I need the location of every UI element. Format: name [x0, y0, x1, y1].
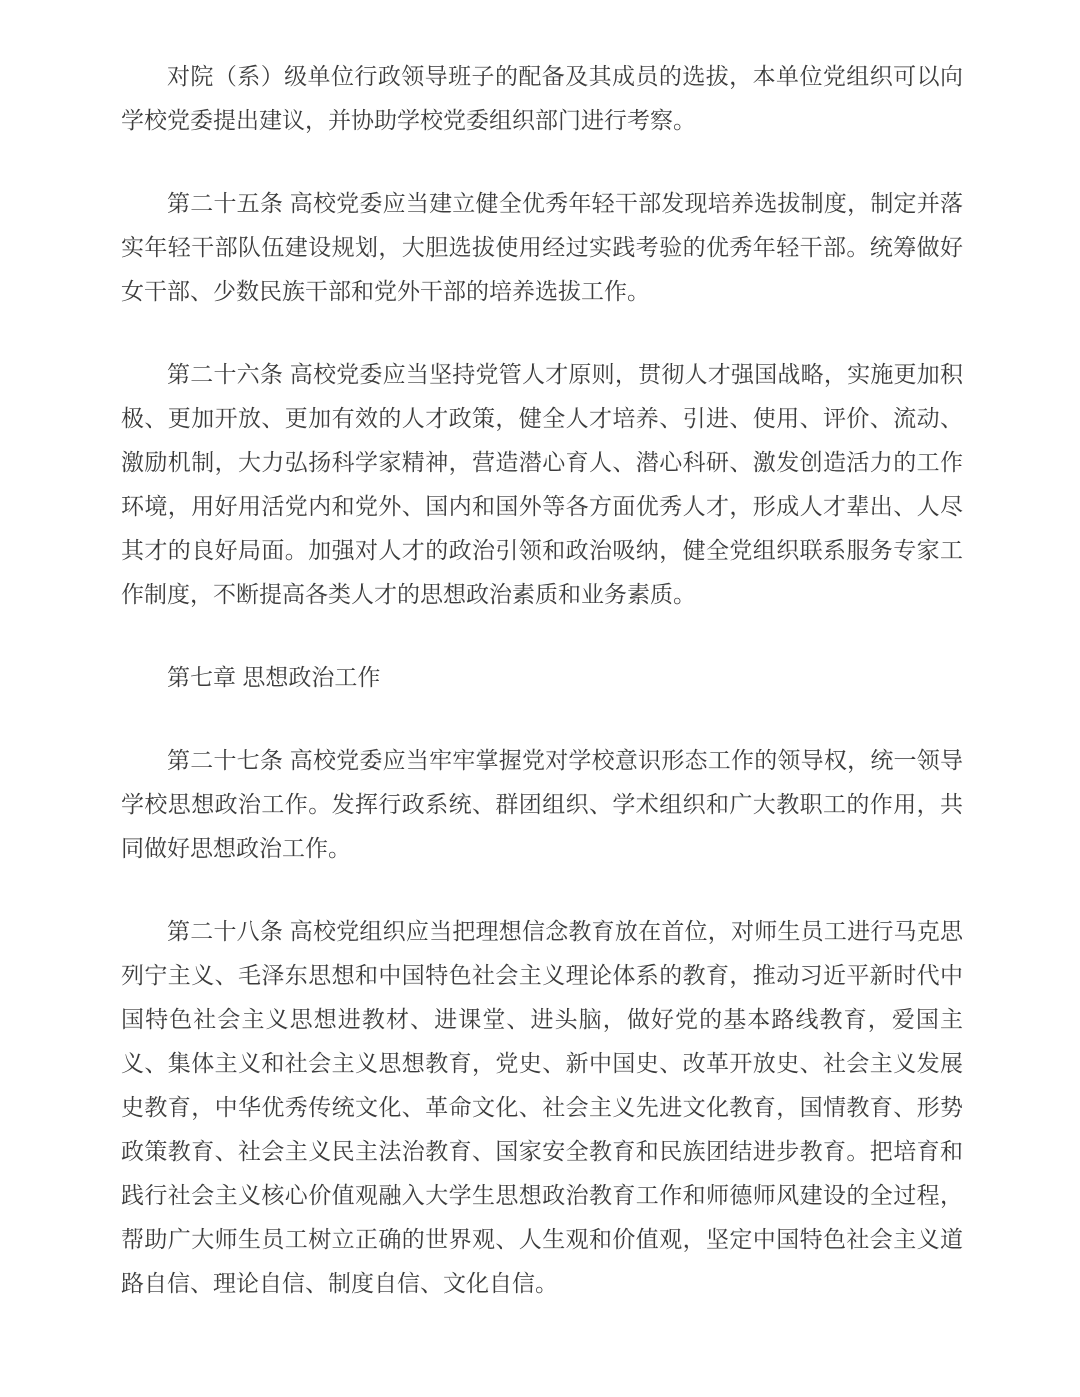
article-25-paragraph: 第二十五条 高校党委应当建立健全优秀年轻干部发现培养选拔制度，制定并落实年轻干部…	[121, 181, 963, 313]
article-28-paragraph: 第二十八条 高校党组织应当把理想信念教育放在首位，对师生员工进行马克思列宁主义、…	[121, 909, 963, 1305]
article-26-paragraph: 第二十六条 高校党委应当坚持党管人才原则，贯彻人才强国战略，实施更加积极、更加开…	[121, 352, 963, 616]
document-page: 对院（系）级单位行政领导班子的配备及其成员的选拔，本单位党组织可以向学校党委提出…	[0, 0, 1080, 1397]
chapter-7-heading: 第七章 思想政治工作	[121, 655, 963, 699]
paragraph-continuation: 对院（系）级单位行政领导班子的配备及其成员的选拔，本单位党组织可以向学校党委提出…	[121, 54, 963, 142]
document-content: 对院（系）级单位行政领导班子的配备及其成员的选拔，本单位党组织可以向学校党委提出…	[0, 0, 1080, 1305]
article-27-paragraph: 第二十七条 高校党委应当牢牢掌握党对学校意识形态工作的领导权，统一领导学校思想政…	[121, 738, 963, 870]
